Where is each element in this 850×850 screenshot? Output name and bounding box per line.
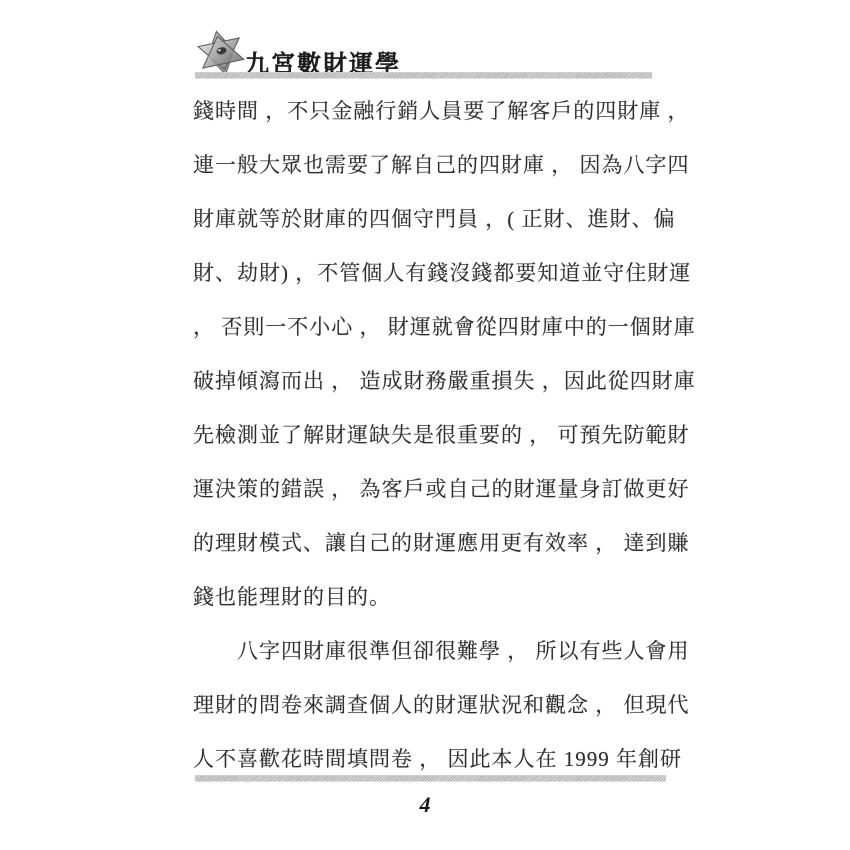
body-text: 錢時間 ，不只金融行銷人員要了解客戶的四財庫 ， 連一般大眾也需要了解自己的四財… — [193, 84, 683, 786]
book-page: 九宮數財運學 錢時間 ，不只金融行銷人員要了解客戶的四財庫 ， 連一般大眾也需要… — [0, 0, 850, 850]
text-line: 運決策的錯誤 ， 為客戶或自己的財運量身訂做更好 — [193, 462, 683, 516]
text-line-paragraph-start: 八字四財庫很準但卻很難學 ， 所以有些人會用 — [193, 624, 683, 678]
text-line: 錢也能理財的目的。 — [193, 570, 683, 624]
page-number: 4 — [0, 792, 850, 818]
text-line: 錢時間 ，不只金融行銷人員要了解客戶的四財庫 ， — [193, 84, 683, 138]
text-line: 理財的問卷來調查個人的財運狀況和觀念 ， 但現代 — [193, 678, 683, 732]
text-line: 財庫就等於財庫的四個守門員 ，( 正財、進財、偏 — [193, 192, 683, 246]
six-pointed-star-icon — [197, 30, 245, 76]
footer-divider — [195, 775, 666, 782]
text-line: ， 否則一不小心 ， 財運就會從四財庫中的一個財庫 — [193, 300, 683, 354]
text-line: 連一般大眾也需要了解自己的四財庫 ， 因為八字四 — [193, 138, 683, 192]
header-divider — [195, 72, 652, 79]
text-line: 財、劫財) ，不管個人有錢沒錢都要知道並守住財運 — [193, 246, 683, 300]
text-line: 破掉傾瀉而出 ， 造成財務嚴重損失 ，因此從四財庫 — [193, 354, 683, 408]
text-line: 先檢測並了解財運缺失是很重要的 ， 可預先防範財 — [193, 408, 683, 462]
text-line: 的理財模式、讓自己的財運應用更有效率 ， 達到賺 — [193, 516, 683, 570]
